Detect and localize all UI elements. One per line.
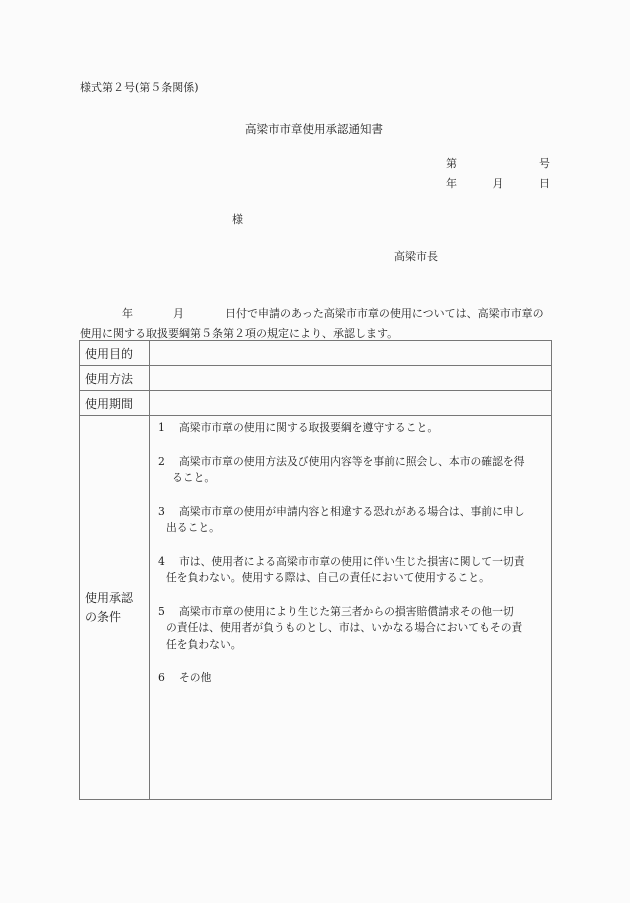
conditions-label-line1: 使用承認 (85, 589, 149, 608)
condition-item: 4市は、使用者による高梁市市章の使用に伴い生じた損害に関して一切責 任を負わない… (158, 554, 545, 587)
condition-number: 2 (158, 454, 179, 471)
condition-text: 高梁市市章の使用が申請内容と相違する恐れがある場合は、事前に申し (179, 505, 525, 518)
condition-text: 高梁市市章の使用に関する取扱要綱を遵守すること。 (179, 421, 438, 434)
condition-item: 3高梁市市章の使用が申請内容と相違する恐れがある場合は、事前に申し 出ること。 (158, 504, 545, 537)
date-day: 日 (539, 175, 550, 191)
table-row-purpose: 使用目的 (80, 341, 552, 366)
date-year: 年 (446, 175, 457, 191)
body-line1-text: 日付で申請のあった高梁市市章の使用については、高梁市市章の (225, 305, 544, 321)
condition-text-cont: 任を負わない。使用する際は、自己の責任において使用すること。 (158, 570, 545, 587)
body-month: 月 (173, 305, 184, 321)
purpose-label: 使用目的 (80, 341, 150, 366)
body-paragraph-line2: 使用に関する取扱要綱第５条第２項の規定により、承認します。 (80, 325, 398, 341)
condition-number: 3 (158, 504, 179, 521)
method-label: 使用方法 (80, 366, 150, 391)
conditions-label-line2: の条件 (85, 608, 149, 627)
condition-number: 5 (158, 604, 179, 621)
period-label: 使用期間 (80, 391, 150, 416)
document-number-line: 第 号 (446, 155, 550, 171)
condition-text: その他 (179, 671, 211, 684)
condition-item: 6その他 (158, 670, 545, 687)
condition-text: 市は、使用者による高梁市市章の使用に伴い生じた損害に関して一切責 (179, 555, 525, 568)
purpose-value (150, 341, 552, 366)
issue-date-line: 年 月 日 (446, 175, 550, 191)
number-prefix: 第 (446, 155, 457, 171)
condition-number: 4 (158, 554, 179, 571)
method-value (150, 366, 552, 391)
period-value (150, 391, 552, 416)
conditions-label: 使用承認 の条件 (80, 416, 150, 800)
date-month: 月 (493, 175, 504, 191)
condition-text-cont: 出ること。 (158, 520, 545, 537)
issuer-name: 高梁市長 (394, 248, 438, 264)
condition-item: 2高梁市市章の使用方法及び使用内容等を事前に照会し、本市の確認を得 ること。 (158, 454, 545, 487)
condition-text-cont: 任を負わない。 (158, 637, 545, 654)
condition-text-cont: の責任は、使用者が負うものとし、市は、いかなる場合においてもその責 (158, 620, 545, 637)
condition-number: 1 (158, 420, 179, 437)
document-title: 高梁市市章使用承認通知書 (245, 121, 383, 137)
approval-table: 使用目的 使用方法 使用期間 使用承認 の条件 1高梁市市章の使用に関する取扱要… (79, 340, 552, 800)
table-row-conditions: 使用承認 の条件 1高梁市市章の使用に関する取扱要綱を遵守すること。 2高梁市市… (80, 416, 552, 800)
condition-item: 1高梁市市章の使用に関する取扱要綱を遵守すること。 (158, 420, 545, 437)
conditions-list: 1高梁市市章の使用に関する取扱要綱を遵守すること。 2高梁市市章の使用方法及び使… (150, 416, 552, 800)
condition-text: 高梁市市章の使用方法及び使用内容等を事前に照会し、本市の確認を得 (179, 455, 525, 468)
condition-text: 高梁市市章の使用により生じた第三者からの損害賠償請求その他一切 (179, 605, 514, 618)
table-row-method: 使用方法 (80, 366, 552, 391)
condition-item: 5高梁市市章の使用により生じた第三者からの損害賠償請求その他一切 の責任は、使用… (158, 604, 545, 654)
number-suffix: 号 (539, 155, 550, 171)
addressee-honorific: 様 (232, 211, 243, 227)
body-year: 年 (122, 305, 133, 321)
form-number: 様式第２号(第５条関係) (80, 79, 199, 95)
table-row-period: 使用期間 (80, 391, 552, 416)
condition-number: 6 (158, 670, 179, 687)
condition-text-cont: ること。 (158, 470, 545, 487)
